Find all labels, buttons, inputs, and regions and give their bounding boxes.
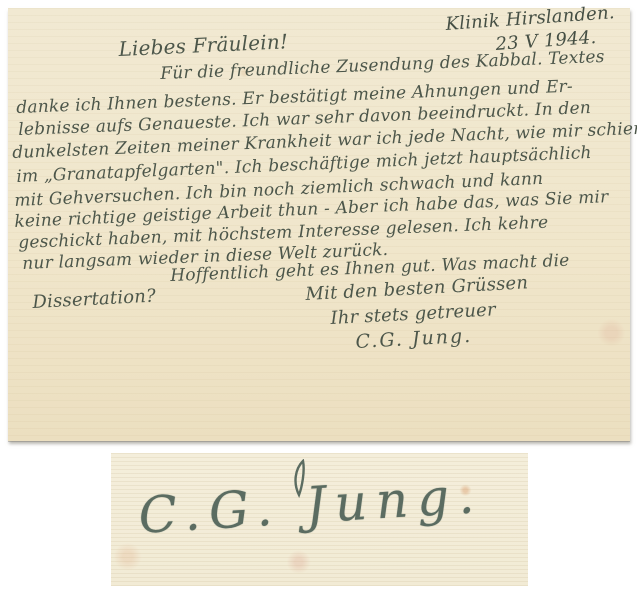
closing-signature: C.G. Jung. [355, 326, 473, 353]
letter-line: Dissertation? [32, 287, 156, 313]
signature-crop-photo: C.G. Jung. [111, 453, 528, 586]
salutation: Liebes Fräulein! [118, 30, 289, 60]
photo-collage: Klinik Hirslanden. 23 V 1944. Liebes Frä… [0, 0, 637, 599]
letter-photo: Klinik Hirslanden. 23 V 1944. Liebes Frä… [8, 8, 630, 441]
signature: C.G. Jung. [137, 466, 485, 545]
